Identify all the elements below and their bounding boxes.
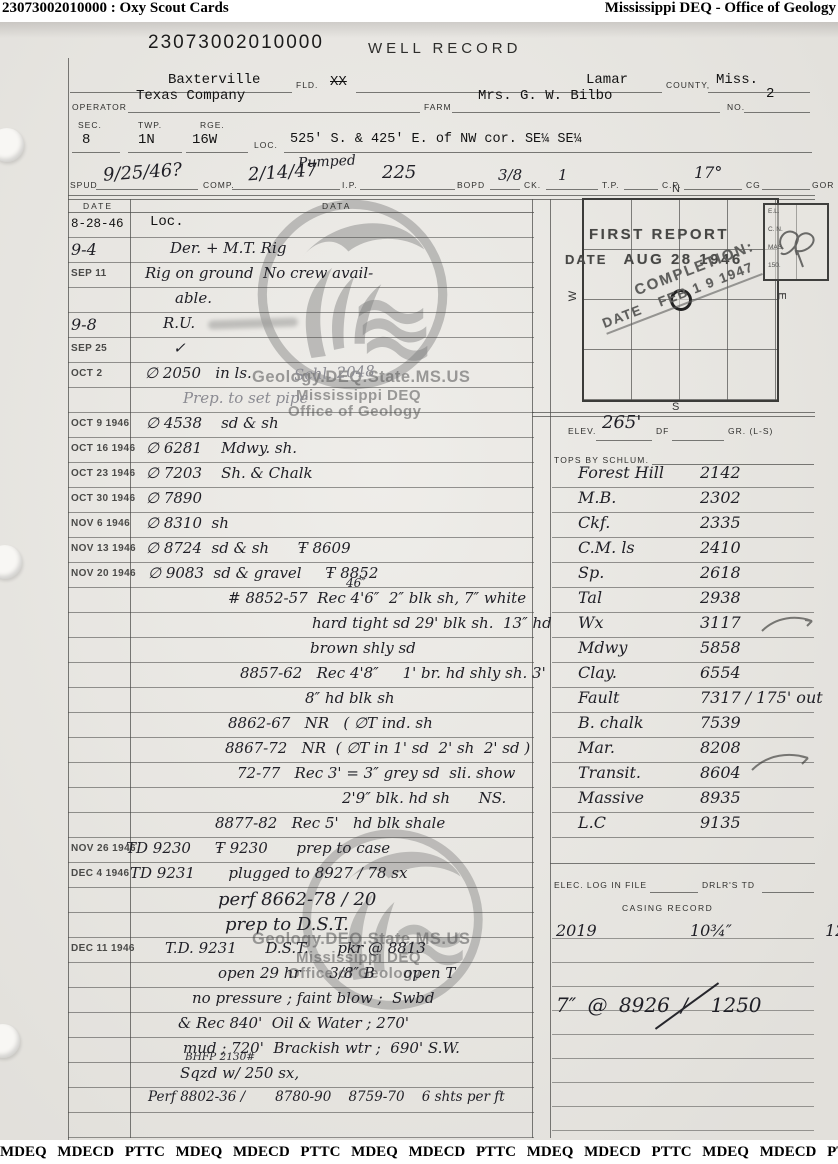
log-text: ∅ 8724 sd & sh Ŧ 8609 [146, 539, 351, 557]
log-text: no pressure ; faint blow ; Swbd [192, 989, 435, 1007]
compass-w: W [567, 291, 579, 301]
formation-depth: 5858 [700, 638, 741, 657]
formation-depth: 8208 [700, 738, 741, 757]
divider [72, 152, 120, 153]
ip-label: I.P. [342, 180, 358, 190]
log-row: OCT 23 1946∅ 7203 Sh. & Chalk [68, 463, 534, 488]
twp-value: 1N [138, 132, 155, 148]
df-label: DF [656, 426, 669, 436]
ink-smudge [208, 317, 298, 329]
formation-top-row: Ckf.2335 [552, 513, 814, 538]
casing-entry: 2019 10¾″ 1200/sx [556, 921, 838, 940]
log-text: TD 9230 Ŧ 9230 prep to case [126, 839, 390, 857]
field-label: FLD. [296, 80, 318, 90]
log-row: 8″ hd blk sh [68, 688, 534, 713]
log-row: OCT 9 1946∅ 4538 sd & sh [68, 413, 534, 438]
log-row: hard tight sd 29' blk sh. 13″ hd [68, 613, 534, 638]
log-text: ∅ 8310 sh [146, 514, 229, 532]
formation-name: Ckf. [578, 513, 610, 532]
elev-label: ELEV. [568, 426, 596, 436]
log-row: perf 8662-78 / 20 [68, 888, 534, 913]
log-row: NOV 13 1946∅ 8724 sd & sh Ŧ 8609 [68, 538, 534, 563]
formation-name: Sp. [578, 563, 604, 582]
log-text: Rig on ground No crew avail- [145, 264, 373, 282]
corner-stamp-row: E.L. [768, 208, 780, 215]
log-date: OCT 9 1946 [71, 418, 129, 429]
top-header-bar: 23073002010000 : Oxy Scout Cards Mississ… [0, 0, 838, 22]
comp-label: COMP. [203, 180, 235, 190]
loc-value: 525' S. & 425' E. of NW cor. SE¼ SE¼ [290, 132, 582, 147]
log-text: 8877-82 Rec 5' hd blk shale [215, 814, 445, 832]
log-row: Perf 8802-36 / 8780-90 8759-70 6 shts pe… [68, 1088, 534, 1113]
log-text: Perf 8802-36 / 8780-90 8759-70 6 shts pe… [148, 1089, 505, 1105]
formation-name: L.C [578, 813, 606, 832]
log-text: # 8852-57 Rec 4'6″ 2″ blk sh, 7″ white [228, 589, 526, 607]
divider [672, 440, 724, 441]
log-row: DEC 11 1946T.D. 9231 D.S.T. pkr @ 8813 [68, 938, 534, 963]
log-date: DEC 4 1946 [71, 868, 129, 879]
log-text: able. [175, 289, 212, 307]
log-row: 8857-62 Rec 4'8″ 1' br. hd shly sh. 3' [68, 663, 534, 688]
log-text: Prep. to set pipe [183, 389, 308, 407]
formation-depth: 3117 [700, 613, 741, 632]
log-text: 8″ hd blk sh [305, 689, 395, 707]
log-row: 9-8R.U. [68, 313, 534, 338]
formation-top-row: B. chalk7539 [552, 713, 814, 738]
loc-label: LOC. [254, 140, 278, 150]
county-label: COUNTY, [666, 80, 710, 90]
divider [550, 863, 815, 864]
divider [624, 189, 658, 190]
divider [708, 92, 810, 93]
state-value: Miss. [716, 72, 758, 88]
log-row: 8-28-46Loc. [68, 213, 534, 238]
well-no-value: 2 [766, 86, 774, 102]
log-text: prep to D.S.T. [225, 914, 349, 935]
log-row: Sqzd w/ 250 sx, [68, 1063, 534, 1088]
log-row: 8867-72 NR ( ∅T in 1' sd 2' sh 2' sd ) [68, 738, 534, 763]
divider [186, 152, 248, 153]
formation-name: M.B. [578, 488, 616, 507]
cp-value: 17° [694, 163, 722, 182]
log-text: perf 8662-78 / 20 [218, 889, 376, 910]
formation-top-row: Clay.6554 [552, 663, 814, 688]
formation-name: Transit. [578, 763, 641, 782]
log-date: NOV 6 1946 [71, 518, 130, 529]
formation-depth: 2335 [700, 513, 741, 532]
log-row: SEP 11Rig on ground No crew avail- [68, 263, 534, 288]
casing-record-label: CASING RECORD [622, 903, 713, 913]
log-text: ∅ 6281 Mdwy. sh. [146, 439, 297, 457]
footer-repeated-text: MDEQ MDECD PTTC MDEQ MDECD PTTC MDEQ MDE… [0, 1144, 838, 1160]
formation-top-row: Tal2938 [552, 588, 814, 613]
formation-name: Forest Hill [578, 463, 664, 482]
divider [744, 112, 810, 113]
cg-label: CG [746, 180, 761, 190]
formation-depth: 9135 [700, 813, 741, 832]
ink-swoosh [760, 612, 816, 634]
formation-name: Clay. [578, 663, 617, 682]
formation-name: Wx [578, 613, 603, 632]
log-text: & Rec 840' Oil & Water ; 270' [178, 1014, 409, 1032]
formation-depth: 8604 [700, 763, 741, 782]
handwritten-initials [773, 219, 823, 271]
divider [128, 152, 182, 153]
log-text: ∅ 7890 [146, 489, 202, 507]
log-text: Sqzd w/ 250 sx, [180, 1064, 299, 1082]
divider [532, 416, 815, 417]
agency-title: Mississippi DEQ - Office of Geology [605, 0, 836, 17]
ck-value: 1 [558, 166, 568, 184]
formation-depth: 6554 [700, 663, 741, 682]
divider [650, 892, 698, 893]
formation-depth: 2410 [700, 538, 741, 557]
divider [128, 112, 420, 113]
divider [68, 195, 815, 196]
log-date: OCT 2 [71, 368, 102, 379]
formation-top-row: Massive8935 [552, 788, 814, 813]
first-report-date-label: DATE [565, 252, 607, 267]
formation-depth: 2142 [700, 463, 741, 482]
formation-name: Massive [578, 788, 644, 807]
farm-label: FARM [424, 102, 452, 112]
log-date: 9-8 [71, 315, 97, 334]
divider [232, 189, 340, 190]
data-column-header: DATA [322, 201, 351, 211]
log-date: OCT 23 1946 [71, 468, 135, 479]
formation-depth: 2618 [700, 563, 741, 582]
log-date: 8-28-46 [71, 217, 124, 231]
gr-label: GR. (L-S) [728, 426, 773, 436]
page: 23073002010000 : Oxy Scout Cards Mississ… [0, 0, 838, 1164]
log-row: 8877-82 Rec 5' hd blk shale [68, 813, 534, 838]
formation-name: B. chalk [578, 713, 644, 732]
log-date: SEP 25 [71, 343, 107, 354]
log-text: 2'9″ blk. hd sh NS. [342, 789, 506, 807]
log-row: NOV 20 1946∅ 9083 sd & gravel Ŧ 8852 [68, 563, 534, 588]
log-row: OCT 30 1946∅ 7890 [68, 488, 534, 513]
divider [360, 189, 455, 190]
log-text: hard tight sd 29' blk sh. 13″ hd [312, 614, 552, 632]
field-value: Baxterville [168, 72, 260, 88]
twp-label: TWP. [138, 120, 162, 130]
well-no-label: NO. [727, 102, 745, 112]
log-date: NOV 13 1946 [71, 543, 136, 554]
formation-name: Fault [578, 688, 619, 707]
log-text: ∅ 2050 in ls.Schl. 2048 [145, 364, 375, 382]
divider [490, 189, 520, 190]
log-text: T.D. 9231 D.S.T. pkr @ 8813 [165, 939, 426, 957]
log-date: DEC 11 1946 [71, 943, 135, 954]
log-text: 8857-62 Rec 4'8″ 1' br. hd shly sh. 3' [240, 664, 546, 682]
log-row: NOV 26 1946TD 9230 Ŧ 9230 prep to case [68, 838, 534, 863]
panel-divider [550, 199, 551, 1138]
elev-value: 265' [602, 412, 641, 433]
compass-e: E [776, 292, 788, 299]
formation-top-row: Forest Hill2142 [552, 463, 814, 488]
card-title: WELL RECORD [368, 40, 521, 57]
document-id-title: 23073002010000 : Oxy Scout Cards [2, 0, 229, 17]
log-row: OCT 2∅ 2050 in ls.Schl. 2048 [68, 363, 534, 388]
bopd-value: 3/8 [498, 166, 522, 184]
log-row: no pressure ; faint blow ; Swbd [68, 988, 534, 1013]
log-date: 9-4 [71, 240, 97, 259]
log-text: ∅ 7203 Sh. & Chalk [146, 464, 313, 482]
operator-label: OPERATOR [72, 102, 127, 112]
rge-label: RGE. [200, 120, 225, 130]
formation-top-row: Sp.2618 [552, 563, 814, 588]
log-text: 8862-67 NR ( ∅T ind. sh [228, 714, 433, 732]
corner-stamp-box: E.L.C. N.MAS.150. [763, 203, 829, 281]
date-column-header: DATE [83, 201, 113, 211]
casing-record-list: 2019 10¾″ 1200/sx7″ @ 8926 / 1250 [552, 915, 814, 1140]
county-value: Lamar [586, 72, 628, 88]
farm-value: Mrs. G. W. Bilbo [478, 88, 612, 104]
ink-swoosh [750, 748, 812, 774]
formation-depth: 2938 [700, 588, 741, 607]
drilling-log: 8-28-46Loc.9-4Der. + M.T. RigSEP 11Rig o… [68, 213, 534, 1138]
log-note-above: 46″ [346, 576, 366, 590]
log-row: brown shly sd [68, 638, 534, 663]
formation-tops-list: Forest Hill2142M.B.2302Ckf.2335C.M. ls24… [552, 463, 814, 838]
divider [762, 892, 814, 893]
log-row: & Rec 840' Oil & Water ; 270' [68, 1013, 534, 1038]
log-row: 8862-67 NR ( ∅T ind. sh [68, 713, 534, 738]
sec-label: SEC. [78, 120, 102, 130]
field-strike: XX [330, 74, 347, 90]
formation-depth: 2302 [700, 488, 741, 507]
log-row: # 8852-57 Rec 4'6″ 2″ blk sh, 7″ white46… [68, 588, 534, 613]
log-row: prep to D.S.T. [68, 913, 534, 938]
formation-top-row: Fault7317 / 175' out [552, 688, 814, 713]
log-date: SEP 11 [71, 268, 107, 279]
compass-s: S [672, 401, 679, 413]
ck-label: CK. [524, 180, 541, 190]
formation-depth: 8935 [700, 788, 741, 807]
log-text: ∅ 9083 sd & gravel Ŧ 8852 [148, 564, 378, 582]
log-row: able. [68, 288, 534, 313]
log-row: mud ; 720' Brackish wtr ; 690' S.W.BHFP … [68, 1038, 534, 1063]
formation-top-row: L.C9135 [552, 813, 814, 838]
formation-name: Mdwy [578, 638, 627, 657]
ip-value: 225 [382, 162, 416, 183]
log-row: NOV 6 1946∅ 8310 sh [68, 513, 534, 538]
divider [284, 152, 812, 153]
log-row: SEP 25✓ [68, 338, 534, 363]
drlrs-td-label: DRLR'S TD [702, 880, 755, 890]
divider [684, 189, 742, 190]
log-date: NOV 20 1946 [71, 568, 136, 579]
log-note-below: BHFP 2130# [185, 1051, 255, 1063]
first-report-stamp: FIRST REPORT [589, 226, 729, 243]
operator-value: Texas Company [136, 88, 245, 104]
divider [96, 189, 198, 190]
divider [596, 440, 652, 441]
formation-name: Tal [578, 588, 602, 607]
compass-n: N [672, 183, 680, 195]
rge-value: 16W [192, 132, 217, 148]
log-text: ✓ [173, 339, 186, 357]
formation-name: Mar. [578, 738, 615, 757]
formation-depth: 7317 / 175' out [700, 688, 823, 707]
log-row: OCT 16 1946∅ 6281 Mdwy. sh. [68, 438, 534, 463]
formation-top-row: M.B.2302 [552, 488, 814, 513]
bottom-footer-strip: MDEQ MDECD PTTC MDEQ MDECD PTTC MDEQ MDE… [0, 1140, 838, 1164]
log-text: TD 9231 plugged to 8927 / 78 sx [130, 864, 407, 882]
log-text: 72-77 Rec 3' = 3″ grey sd sli. show [237, 764, 515, 782]
log-text: 8867-72 NR ( ∅T in 1' sd 2' sh 2' sd ) [225, 739, 530, 757]
casing-entry: 7″ @ 8926 / 1250 [556, 993, 762, 1017]
divider [452, 112, 720, 113]
log-text: open 29 hr 3/8″ B open T [218, 964, 455, 982]
sec-value: 8 [82, 132, 90, 148]
log-text: brown shly sd [310, 639, 416, 657]
divider [762, 189, 810, 190]
formation-depth: 7539 [700, 713, 741, 732]
tp-label: T.P. [602, 180, 620, 190]
formation-name: C.M. ls [578, 538, 635, 557]
log-text: Loc. [150, 214, 184, 230]
log-pencil-note: Schl. 2048 [293, 362, 375, 384]
formation-top-row: C.M. ls2410 [552, 538, 814, 563]
spud-label: SPUD [70, 180, 98, 190]
log-row: 9-4Der. + M.T. Rig [68, 238, 534, 263]
formation-top-row: Mdwy5858 [552, 638, 814, 663]
elec-log-label: ELEC. LOG IN FILE [554, 880, 647, 890]
log-row: DEC 4 1946TD 9231 plugged to 8927 / 78 s… [68, 863, 534, 888]
log-text: Der. + M.T. Rig [170, 239, 286, 257]
log-row: 2'9″ blk. hd sh NS. [68, 788, 534, 813]
log-row: open 29 hr 3/8″ B open T [68, 963, 534, 988]
log-date: OCT 16 1946 [71, 443, 135, 454]
divider [546, 189, 598, 190]
log-row: Prep. to set pipe [68, 388, 534, 413]
log-text: R.U. [163, 314, 195, 332]
log-date: OCT 30 1946 [71, 493, 135, 504]
log-text: ∅ 4538 sd & sh [146, 414, 279, 432]
api-well-number: 23073002010000 [148, 32, 324, 54]
log-row: 72-77 Rec 3' = 3″ grey sd sli. show [68, 763, 534, 788]
gor-label: GOR [812, 180, 834, 190]
bopd-label: BOPD [457, 180, 485, 190]
